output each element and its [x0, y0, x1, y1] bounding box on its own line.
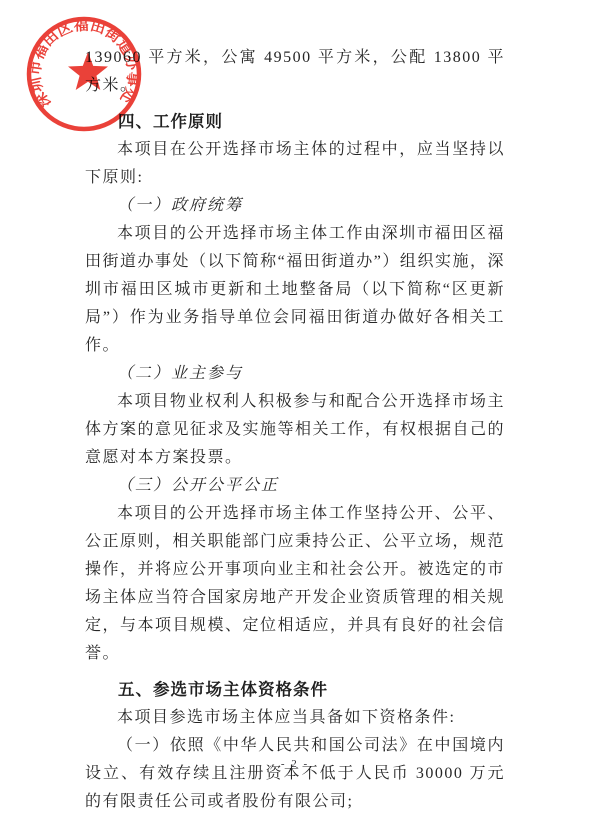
paragraph-area-figures: 139060 平方米，公寓 49500 平方米，公配 13800 平方米。	[85, 44, 505, 100]
subheading-government-coordination: （一）政府统筹	[85, 192, 505, 220]
page-number: - 2 -	[0, 758, 590, 770]
paragraph-qualification-item-1: （一）依照《中华人民共和国公司法》在中国境内设立、有效存续且注册资本不低于人民币…	[85, 732, 505, 816]
paragraph-government-coordination: 本项目的公开选择市场主体工作由深圳市福田区福田街道办事处（以下简称“福田街道办”…	[85, 220, 505, 360]
paragraph-open-fair-just: 本项目的公开选择市场主体工作坚持公开、公平、公正原则，相关职能部门应秉持公正、公…	[85, 500, 505, 668]
document-page: 139060 平方米，公寓 49500 平方米，公配 13800 平方米。 四、…	[0, 0, 590, 817]
document-body: 139060 平方米，公寓 49500 平方米，公配 13800 平方米。 四、…	[85, 44, 505, 816]
section-heading-work-principles: 四、工作原则	[85, 108, 505, 136]
section-heading-qualification: 五、参选市场主体资格条件	[85, 676, 505, 704]
subheading-owner-participation: （二）业主参与	[85, 360, 505, 388]
paragraph-principles-intro: 本项目在公开选择市场主体的过程中，应当坚持以下原则:	[85, 136, 505, 192]
subheading-open-fair-just: （三）公开公平公正	[85, 472, 505, 500]
paragraph-qualification-intro: 本项目参选市场主体应当具备如下资格条件:	[85, 704, 505, 732]
paragraph-owner-participation: 本项目物业权利人积极参与和配合公开选择市场主体方案的意见征求及实施等相关工作，有…	[85, 388, 505, 472]
